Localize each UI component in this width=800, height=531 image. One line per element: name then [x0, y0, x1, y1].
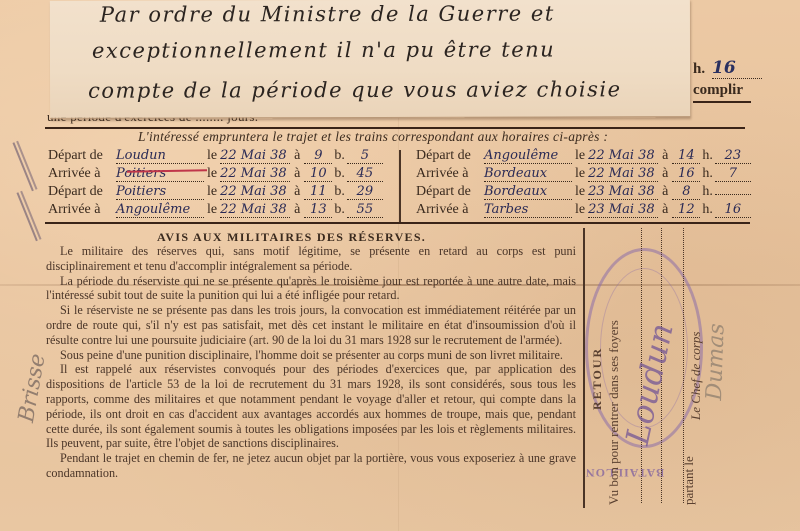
route-city: Tarbes: [484, 202, 572, 218]
hour-sep: b.: [334, 202, 345, 218]
route-minute: 5: [347, 148, 383, 164]
route-row: Arrivée àAngoulêmele22 Mai 38à13b.55: [48, 202, 383, 220]
a-label: à: [294, 148, 300, 164]
a-label: à: [294, 166, 300, 182]
hour-value: 16: [712, 58, 762, 79]
route-city: Poitiers: [116, 184, 204, 200]
hour-sep: b.: [334, 184, 345, 200]
route-hour: 12: [672, 202, 700, 218]
route-row: Arrivée àPoitiersle22 Mai 38à10b.45: [48, 166, 383, 184]
route-minute: 7: [715, 166, 751, 182]
hour-sep: b.: [334, 166, 345, 182]
route-label: Arrivée à: [48, 166, 116, 182]
retour-title: RETOUR: [590, 347, 605, 410]
route-row: Départ deLoudunle22 Mai 38à9b.5: [48, 148, 383, 166]
route-intro: L'intéressé empruntera le trajet et les …: [138, 129, 608, 145]
a-label: à: [662, 148, 668, 164]
le-label: le: [575, 202, 585, 218]
notice-title: AVIS AUX MILITAIRES DES RÉSERVES.: [157, 230, 426, 245]
a-label: à: [662, 166, 668, 182]
a-label: à: [294, 202, 300, 218]
route-table-outbound: Départ deLoudunle22 Mai 38à9b.5Arrivée à…: [48, 148, 383, 220]
route-city: Bordeaux: [484, 184, 572, 200]
le-label: le: [207, 184, 217, 200]
officer-signature: Dumas: [702, 323, 730, 401]
note-line: Par ordre du Ministre de la Guerre et: [100, 1, 740, 27]
hour-sep: b.: [334, 148, 345, 164]
notice-paragraph: Sous peine d'une punition disciplinaire,…: [46, 348, 576, 363]
notice-paragraph: Si le réserviste ne se présente pas dans…: [46, 303, 576, 347]
route-date: 22 Mai 38: [588, 166, 658, 182]
le-label: le: [207, 166, 217, 182]
notice-body: Le militaire des réserves qui, sans moti…: [46, 244, 576, 481]
route-date: 23 Mai 38: [588, 184, 658, 200]
route-label: Arrivée à: [48, 202, 116, 218]
hour-label: h.: [693, 61, 705, 78]
hour-sep: h.: [702, 184, 713, 200]
route-minute: 45: [347, 166, 383, 182]
hour-sep: h.: [702, 148, 713, 164]
route-label: Arrivée à: [416, 166, 484, 182]
route-minute: 29: [347, 184, 383, 200]
a-label: à: [294, 184, 300, 200]
route-minute: 55: [347, 202, 383, 218]
route-hour: 16: [672, 166, 700, 182]
route-label: Départ de: [48, 148, 116, 164]
route-city: Loudun: [116, 148, 204, 164]
hour-sep: h.: [702, 166, 713, 182]
route-row: Départ deAngoulêmele22 Mai 38à14h.23: [416, 148, 751, 166]
a-label: à: [662, 202, 668, 218]
pasted-note: Par ordre du Ministre de la Guerre et ex…: [50, 0, 690, 119]
route-minute: [715, 194, 751, 195]
retour-line-1: Vu bon pour rentrer dans ses foyers: [606, 320, 622, 505]
notice-paragraph: Pendant le trajet en chemin de fer, ne j…: [46, 451, 576, 481]
route-city: Angoulême: [116, 202, 204, 218]
route-label: Départ de: [416, 148, 484, 164]
le-label: le: [575, 184, 585, 200]
le-label: le: [207, 148, 217, 164]
route-label: Départ de: [48, 184, 116, 200]
route-minute: 16: [715, 202, 751, 218]
notice-paragraph: Le militaire des réserves qui, sans moti…: [46, 244, 576, 274]
notice-paragraph: Il est rappelé aux réservistes convoqués…: [46, 362, 576, 451]
route-row: Arrivée àBordeauxle22 Mai 38à16h.7: [416, 166, 751, 184]
route-hour: 13: [304, 202, 332, 218]
route-date: 22 Mai 38: [220, 166, 290, 182]
route-divider: [399, 150, 401, 222]
retour-line-2: partant le: [681, 456, 697, 505]
route-date: 23 Mai 38: [588, 202, 658, 218]
route-row: Départ dePoitiersle22 Mai 38à11b.29: [48, 184, 383, 202]
route-city: Poitiers: [116, 166, 204, 182]
stamp-text: BATAILLON: [585, 465, 664, 480]
divider: [45, 222, 750, 224]
a-label: à: [662, 184, 668, 200]
route-hour: 10: [304, 166, 332, 182]
route-city: Bordeaux: [484, 166, 572, 182]
route-label: Départ de: [416, 184, 484, 200]
le-label: le: [207, 202, 217, 218]
route-hour: 11: [304, 184, 332, 200]
retour-line-3: Le Chef de corps: [688, 332, 704, 420]
route-date: 22 Mai 38: [220, 184, 290, 200]
route-hour: 8: [672, 184, 700, 200]
route-date: 22 Mai 38: [588, 148, 658, 164]
route-hour: 14: [672, 148, 700, 164]
route-date: 22 Mai 38: [220, 148, 290, 164]
notice-paragraph: La période du réserviste qui ne se prése…: [46, 274, 576, 304]
le-label: le: [575, 148, 585, 164]
note-line: exceptionnellement il n'a pu être tenu: [92, 37, 732, 63]
route-date: 22 Mai 38: [220, 202, 290, 218]
route-label: Arrivée à: [416, 202, 484, 218]
hour-sep: h.: [702, 202, 713, 218]
route-minute: 23: [715, 148, 751, 164]
note-line: compte de la période que vous aviez choi…: [88, 77, 728, 103]
route-hour: 9: [304, 148, 332, 164]
route-row: Départ deBordeauxle23 Mai 38à8h.: [416, 184, 751, 202]
route-city: Angoulême: [484, 148, 572, 164]
le-label: le: [575, 166, 585, 182]
route-row: Arrivée àTarbesle23 Mai 38à12h.16: [416, 202, 751, 220]
route-table-continuation: Départ deAngoulêmele22 Mai 38à14h.23Arri…: [416, 148, 751, 220]
